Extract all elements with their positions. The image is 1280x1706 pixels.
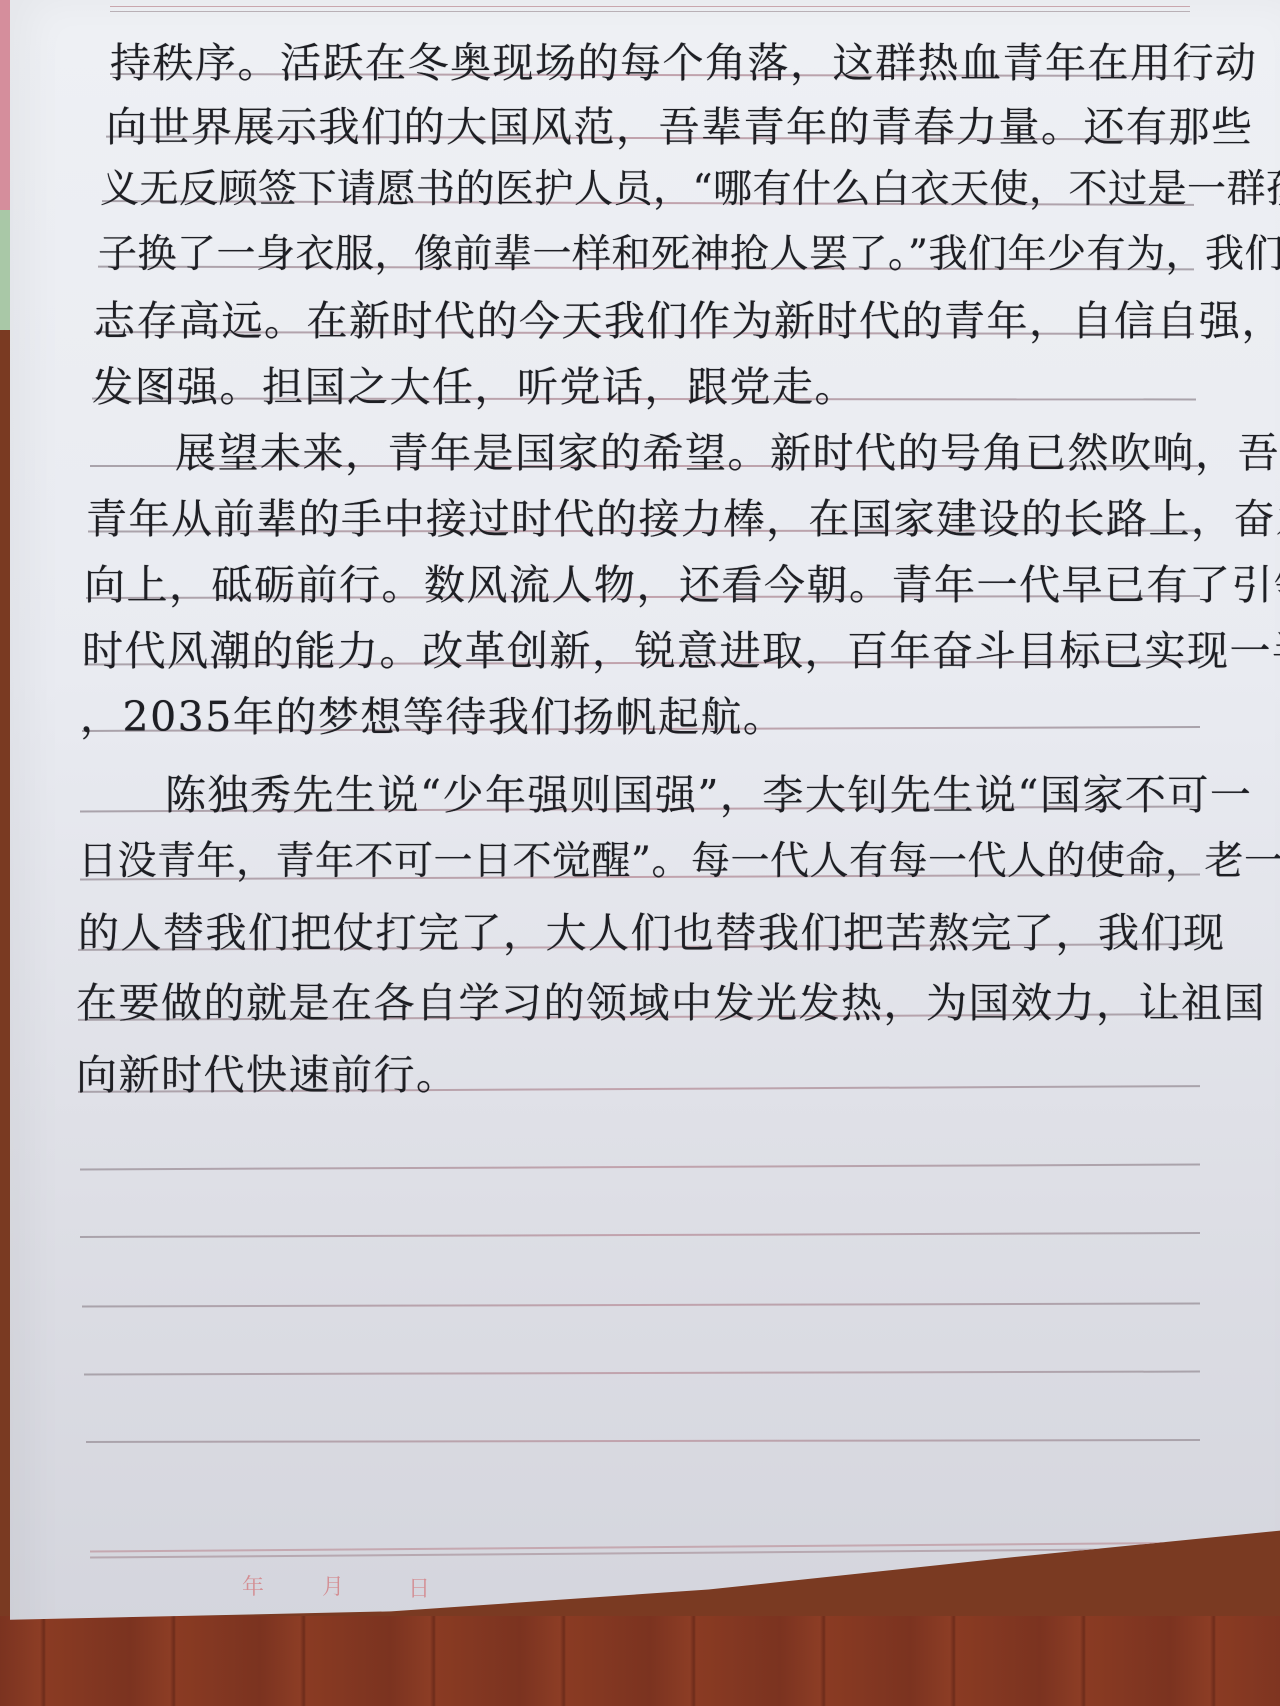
essay-line: 的人替我们把仗打完了，大人们也替我们把苦熬完了，我们现 (78, 900, 1226, 959)
rule-line (84, 1371, 1200, 1376)
essay-line: 青年从前辈的手中接过时代的接力棒，在国家建设的长路上，奋发 (86, 486, 1280, 545)
wooden-table-background (0, 1616, 1280, 1706)
rule-line (80, 1232, 1200, 1238)
rule-line (82, 1303, 1200, 1308)
rule-line (86, 1439, 1200, 1443)
essay-line: 日没青年，青年不可一日不觉醒”。每一代人有每一代人的使命，老一辈 (78, 830, 1280, 886)
essay-line: 持秩序。活跃在冬奥现场的每个角落，这群热血青年在用行动 (110, 30, 1258, 89)
essay-line: 时代风潮的能力。改革创新，锐意进取，百年奋斗目标已实现一半 (82, 618, 1280, 677)
footer-day-label: 日 (408, 1572, 430, 1603)
rule-line (80, 1164, 1200, 1171)
essay-line: 向上，砥砺前行。数风流人物，还看今朝。青年一代早已有了引领 (84, 552, 1280, 611)
essay-line: 发图强。担国之大任，听党话，跟党走。 (92, 354, 857, 413)
essay-line: ，2035年的梦想等待我们扬帆起航。 (80, 684, 785, 743)
footer-double-rule (90, 1541, 1250, 1558)
notebook-page: 持秩序。活跃在冬奥现场的每个角落，这群热血青年在用行动 向世界展示我们的大国风范… (10, 0, 1280, 1682)
footer-year-label: 年 (242, 1570, 264, 1601)
essay-line: 展望未来，青年是国家的希望。新时代的号角已然吹响，吾辈 (90, 420, 1280, 479)
footer-page-prefix: 第 (1124, 1552, 1146, 1583)
essay-line: 志存高远。在新时代的今天我们作为新时代的青年，自信自强，奋 (94, 288, 1280, 347)
footer-page-suffix: 页 (1216, 1548, 1238, 1579)
essay-line: 向世界展示我们的大国风范，吾辈青年的青春力量。还有那些 (106, 94, 1254, 153)
essay-line: 向新时代快速前行。 (76, 1042, 459, 1101)
essay-line: 子换了一身衣服，像前辈一样和死神抢人罢了。”我们年少有为，我们 (98, 223, 1280, 279)
essay-line: 义无反顾签下请愿书的医护人员，“哪有什么白衣天使，不过是一群孩 (100, 158, 1280, 214)
top-rule-line (110, 6, 1190, 12)
essay-line: 在要做的就是在各自学习的领域中发光发热，为国效力，让祖国 (76, 970, 1266, 1029)
footer-month-label: 月 (322, 1570, 344, 1601)
essay-line: 陈独秀先生说“少年强则国强”，李大钊先生说“国家不可一 (80, 762, 1252, 821)
